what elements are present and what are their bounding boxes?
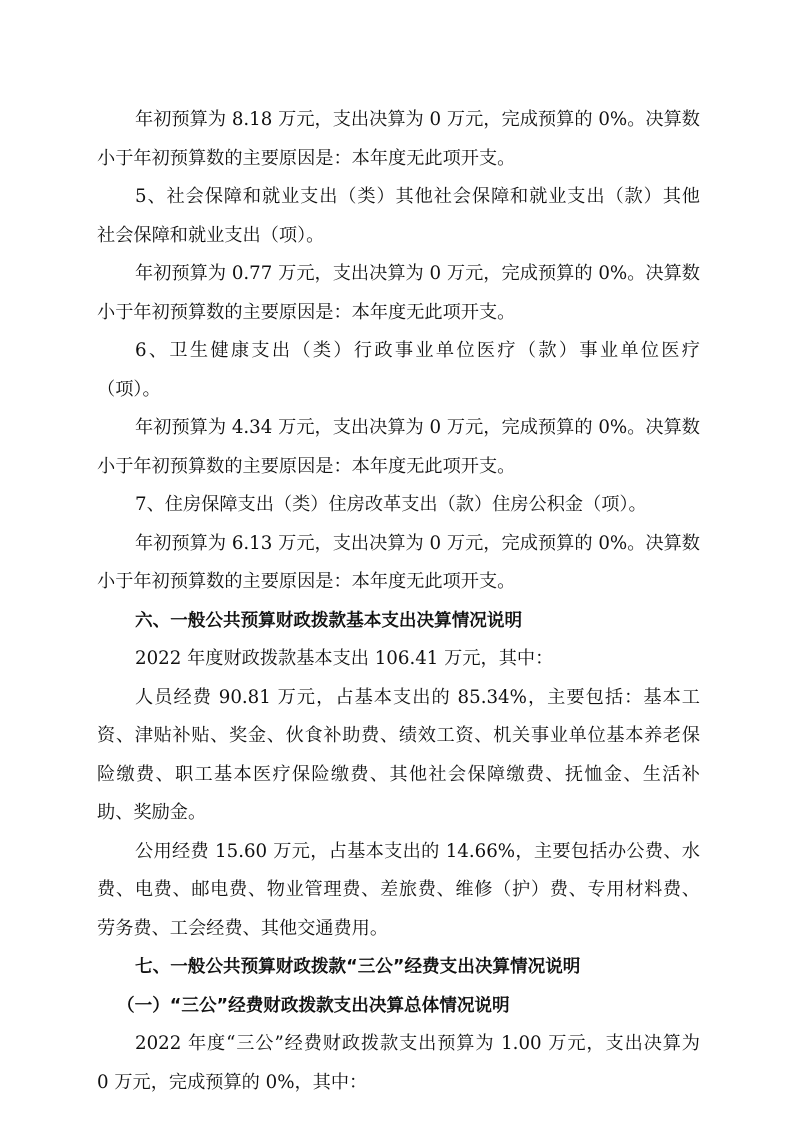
text-line: 人员经费 90.81 万元，占基本支出的 85.34%，主要包括：基本工 — [97, 679, 700, 718]
text-line: 2022 年度财政拨款基本支出 106.41 万元，其中： — [97, 640, 700, 679]
text-line: 助、奖励金。 — [97, 794, 700, 833]
text-line: 小于年初预算数的主要原因是：本年度无此项开支。 — [97, 140, 700, 179]
text-line: 年初预算为 8.18 万元，支出决算为 0 万元，完成预算的 0%。决算数 — [97, 101, 700, 140]
text-line: 0 万元，完成预算的 0%，其中： — [97, 1064, 700, 1103]
subsection-heading-1: （一）“三公”经费财政拨款支出决算总体情况说明 — [97, 987, 700, 1026]
text-line: （项）。 — [97, 371, 700, 410]
document-page: 年初预算为 8.18 万元，支出决算为 0 万元，完成预算的 0%。决算数 小于… — [97, 101, 700, 1102]
text-line: 7、住房保障支出（类）住房改革支出（款）住房公积金（项）。 — [97, 486, 700, 525]
text-line: 5、社会保障和就业支出（类）其他社会保障和就业支出（款）其他 — [97, 178, 700, 217]
section-heading-6: 六、一般公共预算财政拨款基本支出决算情况说明 — [97, 602, 700, 641]
text-line: 6、卫生健康支出（类）行政事业单位医疗（款）事业单位医疗 — [97, 332, 700, 371]
text-line: 险缴费、职工基本医疗保险缴费、其他社会保障缴费、抚恤金、生活补 — [97, 756, 700, 795]
text-line: 劳务费、工会经费、其他交通费用。 — [97, 910, 700, 949]
text-line: 2022 年度“三公”经费财政拨款支出预算为 1.00 万元，支出决算为 — [97, 1025, 700, 1064]
text-line: 费、电费、邮电费、物业管理费、差旅费、维修（护）费、专用材料费、 — [97, 871, 700, 910]
text-line: 年初预算为 4.34 万元，支出决算为 0 万元，完成预算的 0%。决算数 — [97, 409, 700, 448]
text-line: 资、津贴补贴、奖金、伙食补助费、绩效工资、机关事业单位基本养老保 — [97, 717, 700, 756]
text-line: 小于年初预算数的主要原因是：本年度无此项开支。 — [97, 448, 700, 487]
text-line: 社会保障和就业支出（项）。 — [97, 217, 700, 256]
text-line: 公用经费 15.60 万元，占基本支出的 14.66%，主要包括办公费、水 — [97, 833, 700, 872]
section-heading-7: 七、一般公共预算财政拨款“三公”经费支出决算情况说明 — [97, 948, 700, 987]
text-line: 年初预算为 6.13 万元，支出决算为 0 万元，完成预算的 0%。决算数 — [97, 525, 700, 564]
text-line: 年初预算为 0.77 万元，支出决算为 0 万元，完成预算的 0%。决算数 — [97, 255, 700, 294]
text-line: 小于年初预算数的主要原因是：本年度无此项开支。 — [97, 563, 700, 602]
text-line: 小于年初预算数的主要原因是：本年度无此项开支。 — [97, 294, 700, 333]
